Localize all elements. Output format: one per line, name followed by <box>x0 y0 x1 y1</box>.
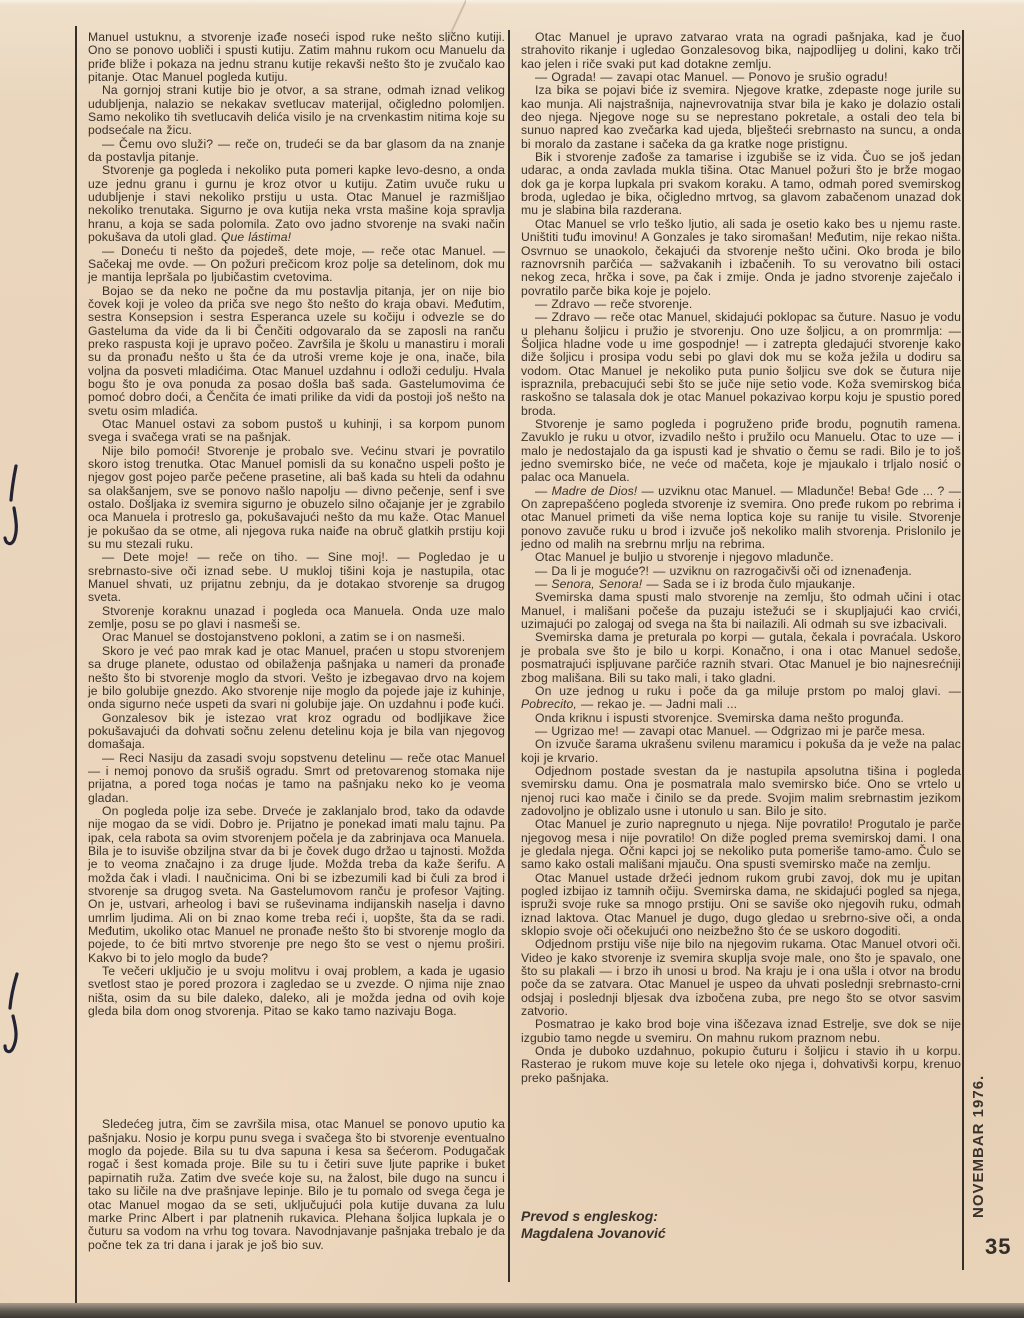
paragraph: On pogleda polje iza sebe. Drveće je zak… <box>88 805 505 965</box>
paragraph: Odjednom prstiju više nije bilo na njego… <box>521 938 961 1018</box>
paragraph: — Čemu ovo služi? — reče on, trudeći se … <box>88 138 505 165</box>
paragraph: — Reci Nasiju da zasadi svoju sopstvenu … <box>88 752 505 805</box>
paragraph: Otac Manuel ostavi za sobom pustoš u kuh… <box>88 418 505 445</box>
paragraph: Na gornjoj strani kutije bio je otvor, a… <box>88 84 505 137</box>
paragraph: Otac Manuel je buljio u stvorenje i njeg… <box>521 551 961 564</box>
paragraph: — Dete moje! — reče on tiho. — Sine moj!… <box>88 551 505 604</box>
issue-date-vertical: NOVEMBAR 1976. <box>970 1082 987 1218</box>
magazine-page-scan: { "page": { "issue_date": "NOVEMBAR 1976… <box>0 0 1024 1318</box>
paragraph: Odjednom postade svestan da je nastupila… <box>521 765 961 818</box>
paragraph: Iza bika se pojavi biće iz svemira. Njeg… <box>521 84 961 151</box>
paragraph: Stvorenje ga pogleda i nekoliko puta pom… <box>88 164 505 244</box>
right-border-rule <box>962 30 964 1270</box>
paragraph: — Senora, Senora! — Sada se i iz broda č… <box>521 578 961 591</box>
paragraph: Posmatrao je kako brod boje vina iščezav… <box>521 1018 961 1045</box>
paragraph: Svemirska dama je preturala po korpi — g… <box>521 631 961 684</box>
paragraph: — Da li je moguće?! — uzviknu on razroga… <box>521 565 961 578</box>
paragraph: Otac Manuel ustade držeći jednom rukom g… <box>521 872 961 939</box>
paragraph: — Ugrizao me! — zavapi otac Manuel. — Od… <box>521 725 961 738</box>
paragraph: Sledećeg jutra, čim se završila misa, ot… <box>88 1118 505 1251</box>
paragraph: Bik i stvorenje zađoše za tamarise i izg… <box>521 151 961 218</box>
paragraph: Svemirska dama spusti malo stvorenje na … <box>521 591 961 631</box>
pen-mark <box>0 460 34 550</box>
paragraph: — Doneću ti nešto da pojedeš, dete moje,… <box>88 245 505 285</box>
paragraph: — Zdravo — reče otac Manuel, skidajući p… <box>521 311 961 418</box>
paragraph: Otac Manuel je zurio napregnuto u njega.… <box>521 818 961 871</box>
right-column: Otac Manuel je upravo zatvarao vrata na … <box>521 31 961 1085</box>
paragraph: Nije bilo pomoći! Stvorenje je probalo s… <box>88 445 505 552</box>
scan-bottom-shadow <box>0 1303 1024 1318</box>
paragraph: Orac Manuel se dostojanstveno pokloni, a… <box>88 631 505 644</box>
paragraph: — Zdravo — reče stvorenje. <box>521 298 961 311</box>
paragraph: Skoro je već pao mrak kad je otac Manuel… <box>88 645 505 712</box>
paragraph: Onda je duboko uzdahnuo, pokupio čuturu … <box>521 1045 961 1085</box>
paragraph: Onda kriknu i ispusti stvorenjce. Svemir… <box>521 712 961 725</box>
page-number: 35 <box>985 1234 1011 1260</box>
paragraph: Gonzalesov bik je istezao vrat kroz ogra… <box>88 712 505 752</box>
left-border-rule <box>75 26 77 1308</box>
left-column: Manuel ustuknu, a stvorenje izađe noseći… <box>88 31 505 1252</box>
paragraph: — Ograda! — zavapi otac Manuel. — Ponovo… <box>521 71 961 84</box>
translation-credit-line2: Magdalena Jovanović <box>521 1225 666 1242</box>
scan-top-edge <box>0 0 1024 5</box>
paragraph: On uze jednog u ruku i poče da ga miluje… <box>521 685 961 712</box>
column-divider-rule <box>508 30 510 1282</box>
paragraph: Stvorenje koraknu unazad i pogleda oca M… <box>88 605 505 632</box>
paragraph: On izvuče šarama ukrašenu svilenu marami… <box>521 738 961 765</box>
translation-credit: Prevod s engleskog: Magdalena Jovanović <box>521 1208 666 1242</box>
pen-mark <box>0 970 34 1060</box>
paragraph: Otac Manuel je upravo zatvarao vrata na … <box>521 31 961 71</box>
paragraph: Manuel ustuknu, a stvorenje izađe noseći… <box>88 31 505 84</box>
paragraph: Stvorenje je samo pogleda i pogruženo pr… <box>521 418 961 485</box>
paragraph: Otac Manuel se vrlo teško ljutio, ali sa… <box>521 218 961 298</box>
translation-credit-line1: Prevod s engleskog: <box>521 1208 666 1225</box>
paragraph: Te večeri uključio je u svoju molitvu i … <box>88 965 505 1018</box>
paragraph: — Madre de Dios! — uzviknu otac Manuel. … <box>521 485 961 552</box>
paragraph: Bojao se da neko ne počne da mu postavlj… <box>88 285 505 418</box>
